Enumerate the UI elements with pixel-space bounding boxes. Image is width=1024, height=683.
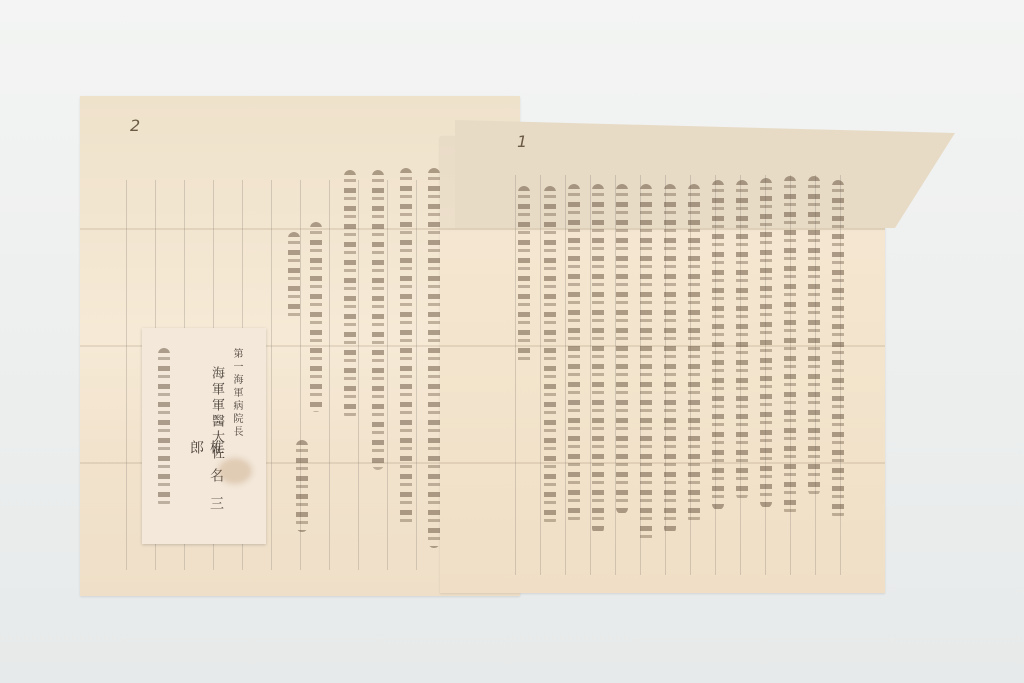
- card-name: 椎名三郎: [186, 440, 226, 544]
- page-number-2: 2: [130, 116, 140, 135]
- card-handwritten-addressee: [150, 348, 180, 508]
- page-number-1: 1: [517, 132, 527, 151]
- card-stain: [218, 458, 252, 484]
- card-title: 第一海軍病院長: [229, 348, 244, 439]
- name-card: 第一海軍病院長 海軍軍醫大佐 椎名三郎: [142, 328, 266, 544]
- letter-page-1-folded-flap: 1: [455, 120, 955, 228]
